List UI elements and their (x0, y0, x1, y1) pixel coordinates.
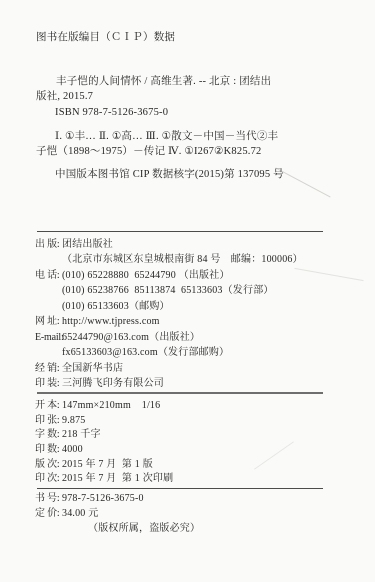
book-copyright-page: 图书在版编目（ＣＩＰ）数据 丰子恺的人间情怀 / 高维生著. -- 北京 : 团… (0, 0, 375, 582)
field-label: 经 销: (35, 362, 59, 375)
info-row-phone-3: (010) 65133603（邮购） (0, 300, 375, 313)
info-row-website: 网 址: http://www.tjpress.com (0, 315, 375, 328)
cip-header: 图书在版编目（ＣＩＰ）数据 (36, 31, 175, 44)
cip-title-line-1: 丰子恺的人间情怀 / 高维生著. -- 北京 : 团结出 (56, 75, 271, 88)
field-label: 电 话: (35, 269, 59, 282)
info-row-book-number: 书 号: 978-7-5126-3675-0 (0, 492, 375, 505)
field-label: 版 次: (35, 458, 59, 471)
field-value: 65244790@163.com（出版社） (62, 331, 200, 344)
field-label: 出 版: (35, 238, 59, 251)
field-value: 9.875 (62, 414, 86, 427)
info-row-phone-2: (010) 65238766 85113874 65133603（发行部） (0, 284, 375, 297)
field-label: 印 装: (35, 377, 59, 390)
copyright-notice: （版权所属，盗版必究） (88, 522, 200, 535)
field-value: fx65133603@163.com（发行部邮购） (62, 346, 229, 359)
info-row-email-2: fx65133603@163.com（发行部邮购） (0, 346, 375, 359)
field-label: E-mail: (35, 331, 64, 344)
divider-rule-top (37, 231, 323, 232)
info-row-distribution: 经 销: 全国新华书店 (0, 362, 375, 375)
field-value: (010) 65228880 65244790 （出版社） (62, 269, 230, 282)
cip-isbn-line: ISBN 978-7-5126-3675-0 (55, 106, 168, 119)
info-row-impression: 印 次: 2015 年 7 月 第 1 次印刷 (0, 472, 375, 485)
field-value: 2015 年 7 月 第 1 版 (62, 458, 153, 471)
field-value: 4000 (62, 443, 83, 456)
field-value: 147mm×210mm 1/16 (62, 399, 160, 412)
divider-rule-middle (37, 392, 323, 394)
field-value: 218 千字 (62, 428, 101, 441)
field-value: (010) 65238766 85113874 65133603（发行部） (62, 284, 274, 297)
cip-title-line-2: 版社, 2015.7 (36, 90, 93, 103)
field-label: 定 价: (35, 507, 59, 520)
cip-class-line-2: 子恺（1898～1975）－传记 Ⅳ. ①I267②K825.72 (36, 145, 262, 158)
info-row-sheets: 印 张: 9.875 (0, 414, 375, 427)
info-row-publisher: 出 版: 团结出版社 (0, 238, 375, 251)
field-label: 印 次: (35, 472, 59, 485)
field-value: http://www.tjpress.com (62, 315, 160, 328)
info-row-format: 开 本: 147mm×210mm 1/16 (0, 399, 375, 412)
field-value: 团结出版社 (62, 238, 113, 251)
info-row-printer: 印 装: 三河腾飞印务有限公司 (0, 377, 375, 390)
field-label: 开 本: (35, 399, 59, 412)
field-label: 印 张: (35, 414, 59, 427)
field-value: 978-7-5126-3675-0 (62, 492, 144, 505)
field-value: （北京市东城区东皇城根南街 84 号 邮编：100006） (62, 253, 303, 266)
field-label: 书 号: (35, 492, 59, 505)
field-label: 字 数: (35, 428, 59, 441)
info-row-email-1: E-mail: 65244790@163.com（出版社） (0, 331, 375, 344)
info-row-address: （北京市东城区东皇城根南街 84 号 邮编：100006） (0, 253, 375, 266)
cip-record-line: 中国版本图书馆 CIP 数据核字(2015)第 137095 号 (55, 168, 284, 181)
field-value: (010) 65133603（邮购） (62, 300, 170, 313)
info-row-price: 定 价: 34.00 元 (0, 507, 375, 520)
field-value: 34.00 元 (62, 507, 98, 520)
info-row-edition: 版 次: 2015 年 7 月 第 1 版 (0, 458, 375, 471)
field-value: 三河腾飞印务有限公司 (62, 377, 164, 390)
cip-class-line-1: Ⅰ. ①丰… Ⅱ. ①高… Ⅲ. ①散文－中国－当代②丰 (55, 130, 278, 143)
field-value: 2015 年 7 月 第 1 次印刷 (62, 472, 173, 485)
field-label: 网 址: (35, 315, 59, 328)
divider-rule-bottom (37, 488, 323, 489)
info-row-word-count: 字 数: 218 千字 (0, 428, 375, 441)
info-row-print-run: 印 数: 4000 (0, 443, 375, 456)
field-value: 全国新华书店 (62, 362, 123, 375)
field-label: 印 数: (35, 443, 59, 456)
info-row-phone-1: 电 话: (010) 65228880 65244790 （出版社） (0, 269, 375, 282)
